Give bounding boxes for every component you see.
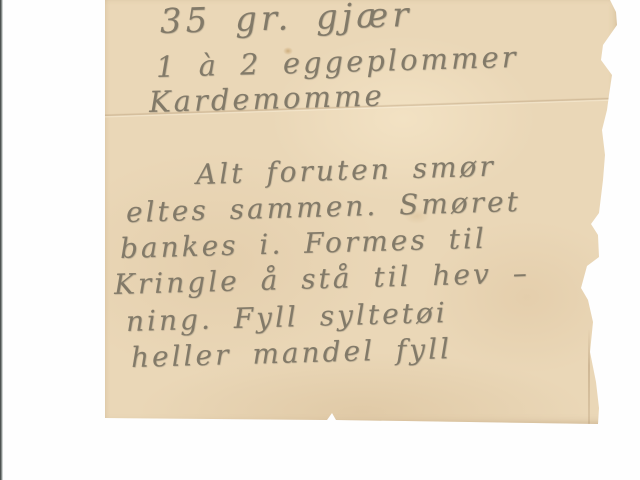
scanned-document-view: 35 gr. gjær 1 à 2 eggeplommer Kardemomme… — [0, 0, 640, 480]
vertical-crease — [588, 328, 590, 424]
handwritten-instruction-line-6: heller mandel fyll — [131, 332, 453, 374]
handwritten-line-cardamom: Kardemomme — [149, 78, 386, 119]
handwritten-recipe-paper: 35 gr. gjær 1 à 2 eggeplommer Kardemomme… — [104, 0, 620, 425]
handwritten-instruction-line-1: Alt foruten smør — [196, 150, 497, 191]
scanner-edge-shadow — [0, 0, 3, 480]
handwritten-line-yeast: 35 gr. gjær — [159, 0, 413, 42]
handwritten-line-egg-yolks: 1 à 2 eggeplommer — [156, 40, 519, 84]
handwritten-instruction-line-5: ning. Fyll syltetøi — [126, 296, 449, 338]
